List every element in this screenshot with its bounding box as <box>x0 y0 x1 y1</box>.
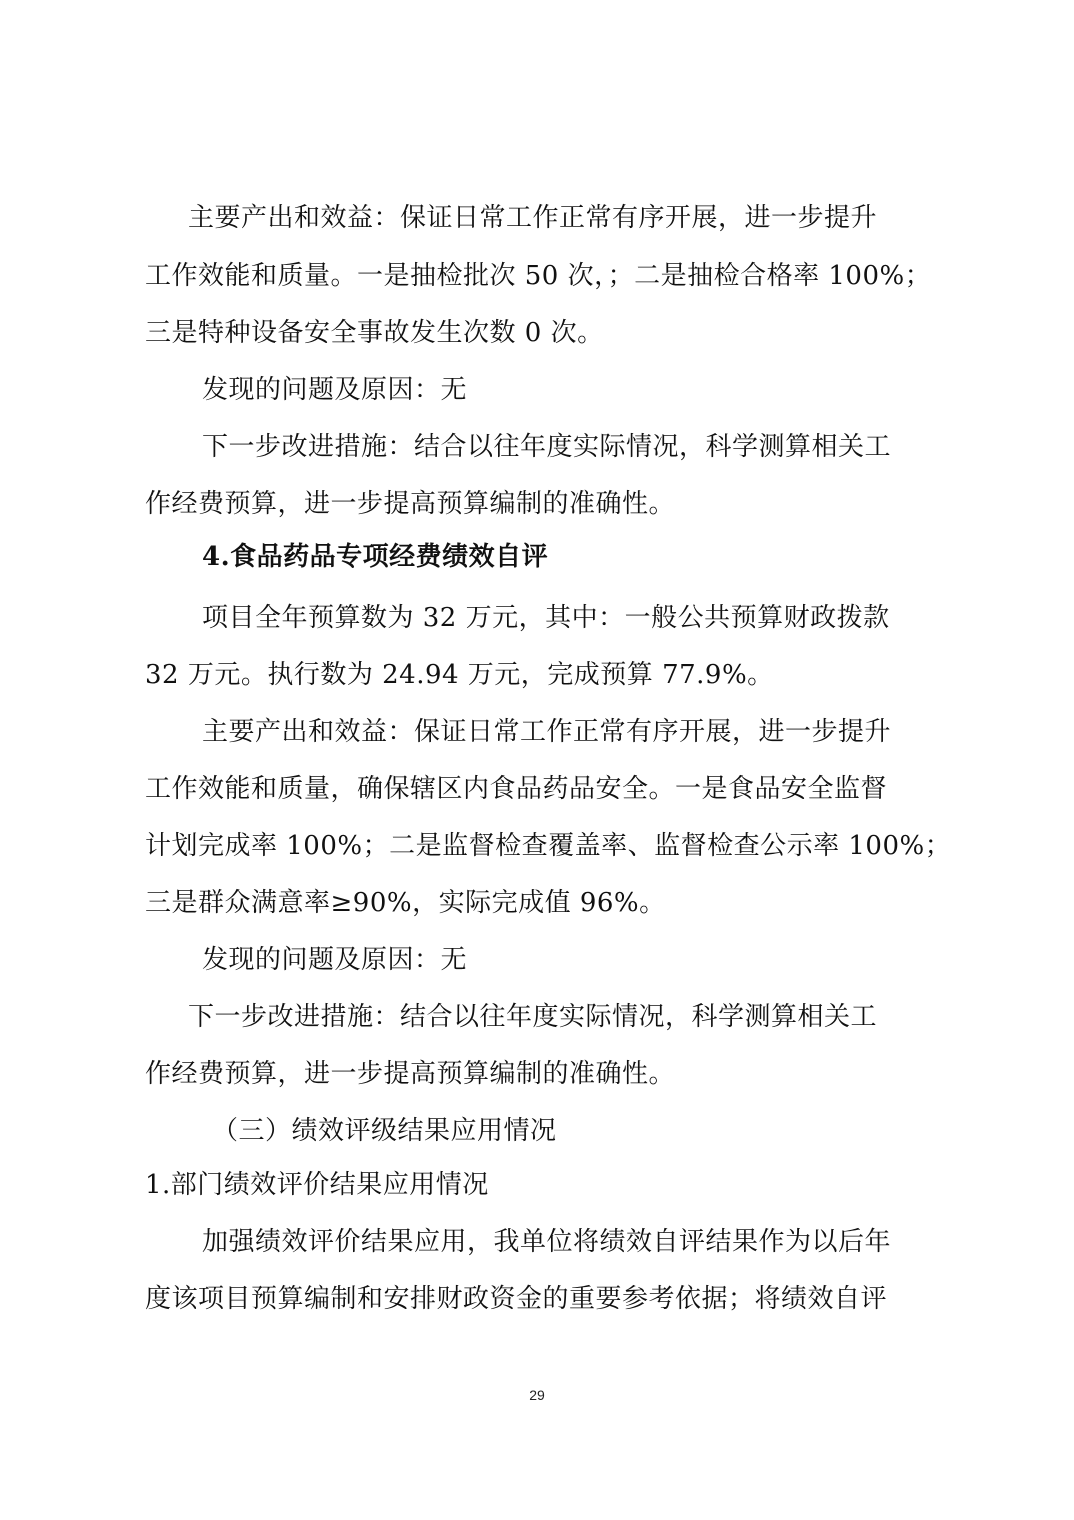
paragraph-line: 主要产出和效益：保证日常工作正常有序开展，进一步提升 <box>202 715 1002 749</box>
document-page: 主要产出和效益：保证日常工作正常有序开展，进一步提升 工作效能和质量。一是抽检批… <box>0 0 1074 1520</box>
paragraph-line: 三是特种设备安全事故发生次数 0 次。 <box>145 316 945 350</box>
page-number: 29 <box>0 1387 1074 1403</box>
paragraph-line: 计划完成率 100%；二是监督检查覆盖率、监督检查公示率 100%； <box>145 829 945 863</box>
paragraph-line: 主要产出和效益：保证日常工作正常有序开展，进一步提升 <box>188 201 988 235</box>
paragraph-line: 发现的问题及原因：无 <box>202 373 1002 407</box>
paragraph-line: 下一步改进措施：结合以往年度实际情况，科学测算相关工 <box>202 430 1002 464</box>
paragraph-line: 三是群众满意率≥90%，实际完成值 96%。 <box>145 886 945 920</box>
subsection-heading: （三）绩效评级结果应用情况 <box>212 1114 1012 1148</box>
paragraph-line: 32 万元。执行数为 24.94 万元，完成预算 77.9%。 <box>145 658 945 692</box>
paragraph-line: 项目全年预算数为 32 万元，其中：一般公共预算财政拨款 <box>202 601 1002 635</box>
paragraph-line: 作经费预算，进一步提高预算编制的准确性。 <box>145 487 945 521</box>
section-heading: 4.食品药品专项经费绩效自评 <box>202 540 1002 574</box>
paragraph-line: 作经费预算，进一步提高预算编制的准确性。 <box>145 1057 945 1091</box>
subsection-heading: 1.部门绩效评价结果应用情况 <box>145 1168 945 1202</box>
paragraph-line: 工作效能和质量。一是抽检批次 50 次，；二是抽检合格率 100%； <box>145 259 945 293</box>
paragraph-line: 工作效能和质量，确保辖区内食品药品安全。一是食品安全监督 <box>145 772 945 806</box>
paragraph-line: 度该项目预算编制和安排财政资金的重要参考依据；将绩效自评 <box>145 1282 945 1316</box>
paragraph-line: 发现的问题及原因：无 <box>202 943 1002 977</box>
paragraph-line: 加强绩效评价结果应用，我单位将绩效自评结果作为以后年 <box>202 1225 1002 1259</box>
paragraph-line: 下一步改进措施：结合以往年度实际情况，科学测算相关工 <box>188 1000 988 1034</box>
